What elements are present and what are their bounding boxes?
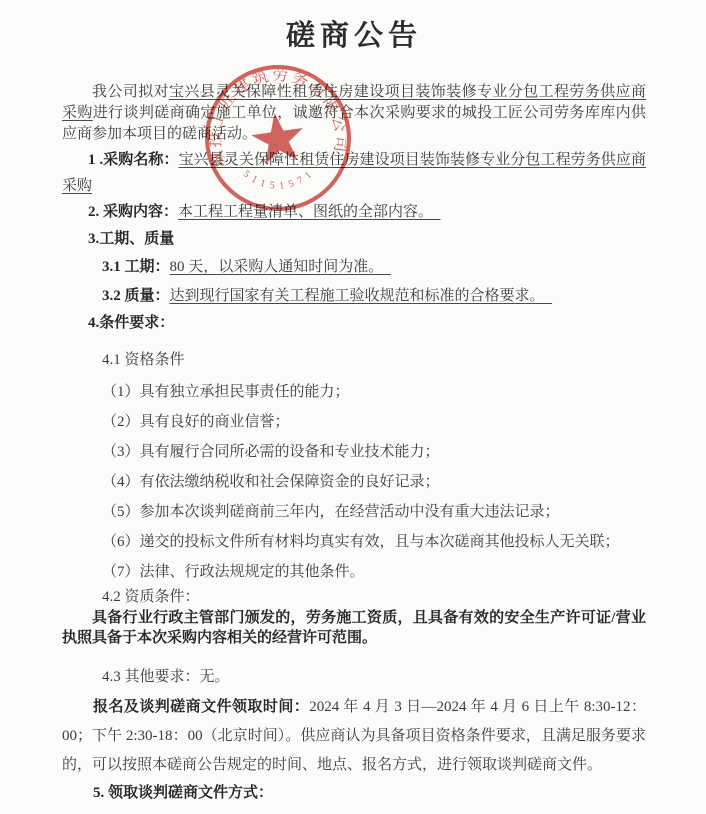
qualification-item-2: （2）具有良好的商业信誉； — [62, 407, 646, 437]
page-title: 磋商公告 — [62, 0, 646, 56]
document-content: 磋商公告 我公司拟对宝兴县灵关保障性租赁住房建设项目装饰装修专业分包工程劳务供应… — [0, 0, 706, 807]
quality-row: 3.2 质量：达到现行国家有关工程施工验收规范和标准的合格要求。 — [62, 283, 646, 310]
conditions-heading: 4.条件要求： — [62, 310, 646, 337]
purchase-content-row: 2. 采购内容：本工程工程量清单、图纸的全部内容。 — [62, 199, 646, 226]
qualification-item-4: （4）有依法缴纳税收和社会保障资金的良好记录； — [62, 467, 646, 497]
credential-heading: 4.2 资质条件： — [62, 587, 646, 608]
registration-label: 报名及谈判磋商文件领取时间： — [93, 699, 309, 715]
collect-method-heading: 5. 领取谈判磋商文件方式： — [62, 780, 646, 807]
quality-value: 达到现行国家有关工程施工验收规范和标准的合格要求。 — [170, 288, 553, 304]
duration-row: 3.1 工期：80 天，以采购人通知时间为准。 — [62, 253, 646, 281]
purchase-content-value: 本工程工程量清单、图纸的全部内容。 — [178, 204, 441, 220]
duration-value: 80 天，以采购人通知时间为准。 — [170, 259, 391, 275]
registration-paragraph: 报名及谈判磋商文件领取时间：2024 年 4 月 3 日—2024 年 4 月 … — [62, 693, 646, 780]
schedule-quality-heading: 3.工期、质量 — [62, 226, 646, 253]
qualification-item-1: （1）具有独立承担民事责任的能力； — [62, 377, 646, 407]
purchase-name-label: 1 .采购名称： — [88, 152, 179, 168]
qualification-heading: 4.1 资格条件 — [62, 347, 646, 374]
credential-paragraph: 具备行业行政主管部门颁发的，劳务施工资质，且具备有效的安全生产许可证/营业执照具… — [62, 608, 646, 648]
intro-paragraph: 我公司拟对宝兴县灵关保障性租赁住房建设项目装饰装修专业分包工程劳务供应商采购进行… — [62, 82, 646, 145]
intro-lead: 我公司拟对 — [92, 84, 169, 100]
other-requirements-row: 4.3 其他要求：无。 — [62, 664, 646, 691]
intro-rest: 进行谈判磋商确定施工单位，诚邀符合本次采购要求的城投工匠公司劳务库库内供应商参加… — [62, 105, 646, 142]
duration-label: 3.1 工期： — [102, 259, 170, 275]
quality-label: 3.2 质量： — [102, 288, 170, 304]
qualification-item-6: （6）递交的投标文件所有材料均真实有效，且与本次磋商其他投标人无关联； — [62, 527, 646, 557]
announcement-document: 磋商公告 我公司拟对宝兴县灵关保障性租赁住房建设项目装饰装修专业分包工程劳务供应… — [0, 0, 706, 814]
purchase-content-label: 2. 采购内容： — [88, 204, 178, 220]
purchase-name-row: 1 .采购名称：宝兴县灵关保障性租赁住房建设项目装饰装修专业分包工程劳务供应商采… — [62, 147, 646, 199]
qualification-item-7: （7）法律、行政法规规定的其他条件。 — [62, 557, 646, 587]
qualification-item-5: （5）参加本次谈判磋商前三年内，在经营活动中没有重大违法记录； — [62, 497, 646, 527]
qualification-item-3: （3）具有履行合同所必需的设备和专业技术能力； — [62, 437, 646, 467]
